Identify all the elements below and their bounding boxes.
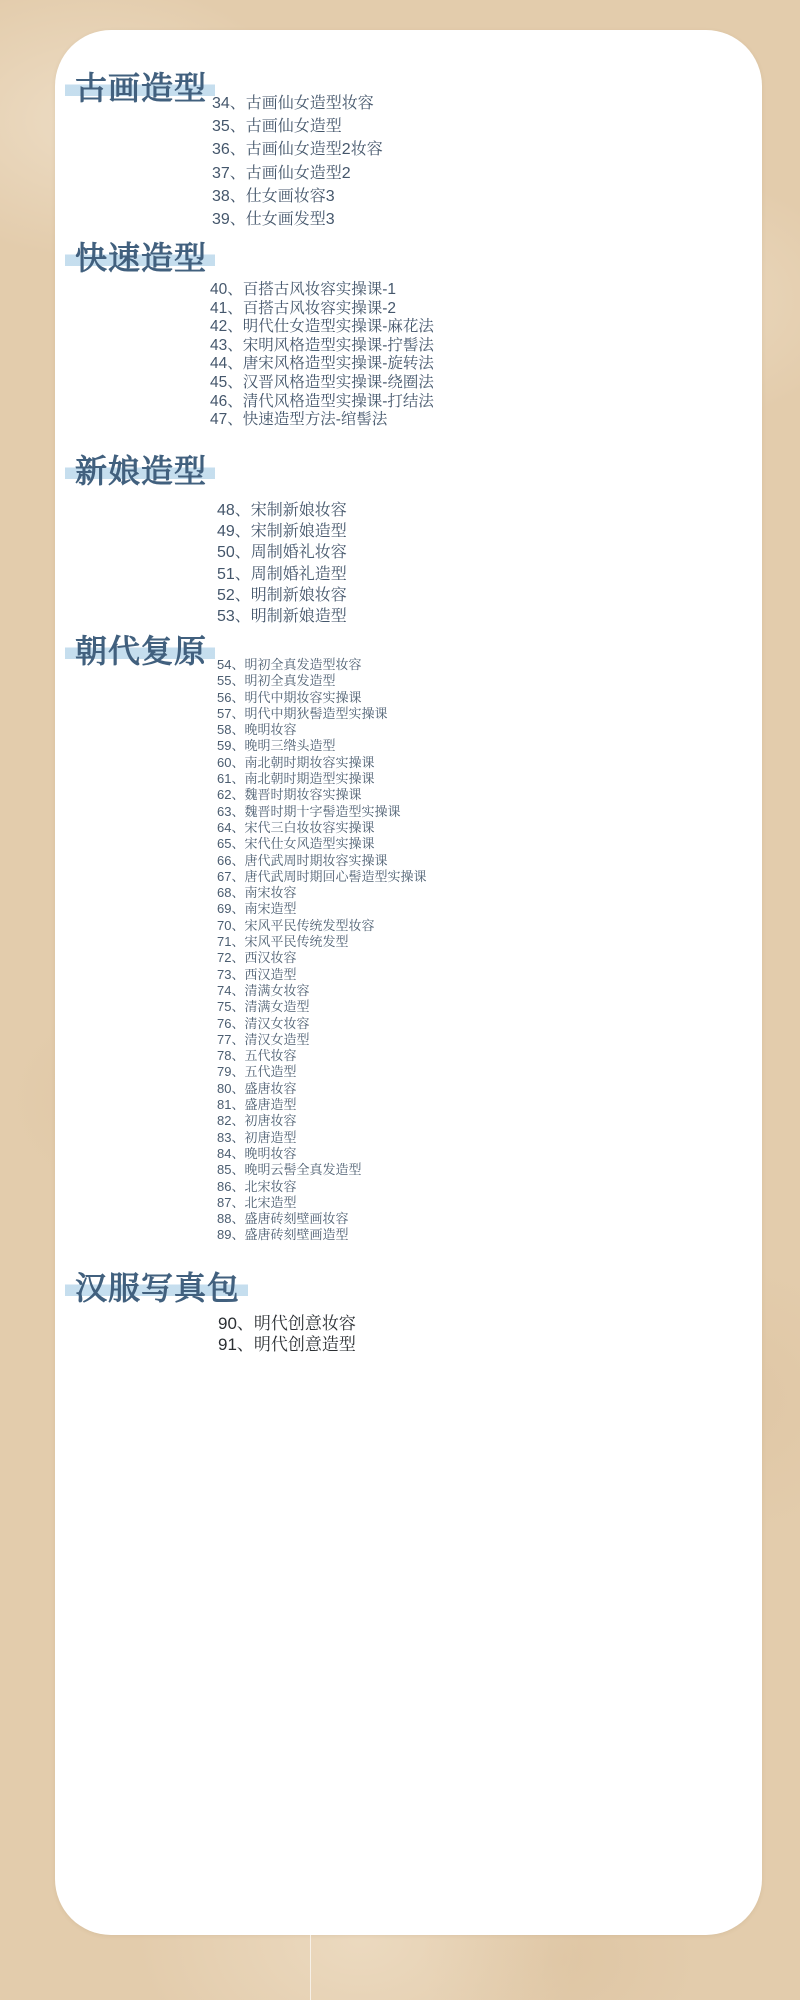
course-item: 53、明制新娘造型 [217, 606, 347, 627]
course-item: 49、宋制新娘造型 [217, 521, 347, 542]
course-item: 78、五代妆容 [217, 1048, 426, 1064]
course-item: 77、清汉女造型 [217, 1032, 426, 1048]
course-item: 80、盛唐妆容 [217, 1081, 426, 1097]
course-item: 55、明初全真发造型 [217, 673, 426, 689]
course-item: 64、宋代三白妆妆容实操课 [217, 820, 426, 836]
course-list-chaodai-fuyuan: 54、明初全真发造型妆容55、明初全真发造型56、明代中期妆容实操课57、明代中… [217, 657, 426, 1244]
course-item: 57、明代中期狄髻造型实操课 [217, 706, 426, 722]
course-item: 71、宋风平民传统发型 [217, 934, 426, 950]
course-item: 75、清满女造型 [217, 999, 426, 1015]
course-list-kuaisu-zaoxing: 40、百搭古风妆容实操课-141、百搭古风妆容实操课-242、明代仕女造型实操课… [210, 281, 434, 430]
course-item: 56、明代中期妆容实操课 [217, 690, 426, 706]
course-item: 79、五代造型 [217, 1064, 426, 1080]
section-title-hanfu-xiezhenbao: 汉服写真包 [65, 1271, 248, 1305]
course-item: 82、初唐妆容 [217, 1113, 426, 1129]
course-item: 73、西汉造型 [217, 967, 426, 983]
course-item: 66、唐代武周时期妆容实操课 [217, 853, 426, 869]
course-item: 83、初唐造型 [217, 1130, 426, 1146]
course-item: 40、百搭古风妆容实操课-1 [210, 281, 434, 300]
course-item: 72、西汉妆容 [217, 950, 426, 966]
texture-seam [310, 1935, 311, 2000]
section-title-guhua-zaoxing: 古画造型 [65, 71, 215, 105]
course-item: 39、仕女画发型3 [212, 208, 383, 231]
course-item: 68、南宋妆容 [217, 885, 426, 901]
course-item: 65、宋代仕女风造型实操课 [217, 836, 426, 852]
course-item: 62、魏晋时期妆容实操课 [217, 787, 426, 803]
course-item: 90、明代创意妆容 [218, 1313, 356, 1334]
course-item: 43、宋明风格造型实操课-拧髻法 [210, 337, 434, 356]
paper-background: 古画造型 34、古画仙女造型妆容35、古画仙女造型36、古画仙女造型2妆容37、… [0, 0, 800, 2000]
course-item: 38、仕女画妆容3 [212, 185, 383, 208]
course-item: 88、盛唐砖刻壁画妆容 [217, 1211, 426, 1227]
course-item: 44、唐宋风格造型实操课-旋转法 [210, 355, 434, 374]
course-item: 50、周制婚礼妆容 [217, 542, 347, 563]
section-title-chaodai-fuyuan: 朝代复原 [65, 634, 215, 668]
course-item: 69、南宋造型 [217, 901, 426, 917]
course-item: 37、古画仙女造型2 [212, 162, 383, 185]
course-list-xinniang-zaoxing: 48、宋制新娘妆容49、宋制新娘造型50、周制婚礼妆容51、周制婚礼造型52、明… [217, 500, 347, 627]
course-item: 48、宋制新娘妆容 [217, 500, 347, 521]
course-item: 60、南北朝时期妆容实操课 [217, 755, 426, 771]
course-item: 91、明代创意造型 [218, 1334, 356, 1355]
section-title-kuaisu-zaoxing: 快速造型 [65, 241, 215, 275]
section-title-xinniang-zaoxing: 新娘造型 [65, 454, 215, 488]
course-item: 34、古画仙女造型妆容 [212, 92, 383, 115]
course-item: 86、北宋妆容 [217, 1179, 426, 1195]
course-item: 54、明初全真发造型妆容 [217, 657, 426, 673]
course-list-hanfu-xiezhenbao: 90、明代创意妆容91、明代创意造型 [218, 1313, 356, 1355]
course-item: 61、南北朝时期造型实操课 [217, 771, 426, 787]
course-item: 42、明代仕女造型实操课-麻花法 [210, 318, 434, 337]
course-item: 70、宋风平民传统发型妆容 [217, 918, 426, 934]
course-item: 45、汉晋风格造型实操课-绕圈法 [210, 374, 434, 393]
course-item: 47、快速造型方法-绾髻法 [210, 411, 434, 430]
course-list-guhua-zaoxing: 34、古画仙女造型妆容35、古画仙女造型36、古画仙女造型2妆容37、古画仙女造… [212, 92, 383, 231]
course-item: 36、古画仙女造型2妆容 [212, 138, 383, 161]
course-item: 76、清汉女妆容 [217, 1016, 426, 1032]
course-item: 87、北宋造型 [217, 1195, 426, 1211]
course-list-card: 古画造型 34、古画仙女造型妆容35、古画仙女造型36、古画仙女造型2妆容37、… [55, 30, 762, 1935]
course-item: 59、晚明三绺头造型 [217, 738, 426, 754]
course-item: 67、唐代武周时期回心髻造型实操课 [217, 869, 426, 885]
course-item: 46、清代风格造型实操课-打结法 [210, 393, 434, 412]
course-item: 35、古画仙女造型 [212, 115, 383, 138]
course-item: 52、明制新娘妆容 [217, 585, 347, 606]
course-item: 51、周制婚礼造型 [217, 564, 347, 585]
course-item: 74、清满女妆容 [217, 983, 426, 999]
course-item: 63、魏晋时期十字髻造型实操课 [217, 804, 426, 820]
course-item: 41、百搭古风妆容实操课-2 [210, 300, 434, 319]
course-item: 58、晚明妆容 [217, 722, 426, 738]
course-item: 89、盛唐砖刻壁画造型 [217, 1227, 426, 1243]
course-item: 84、晚明妆容 [217, 1146, 426, 1162]
course-item: 85、晚明云髻全真发造型 [217, 1162, 426, 1178]
course-item: 81、盛唐造型 [217, 1097, 426, 1113]
